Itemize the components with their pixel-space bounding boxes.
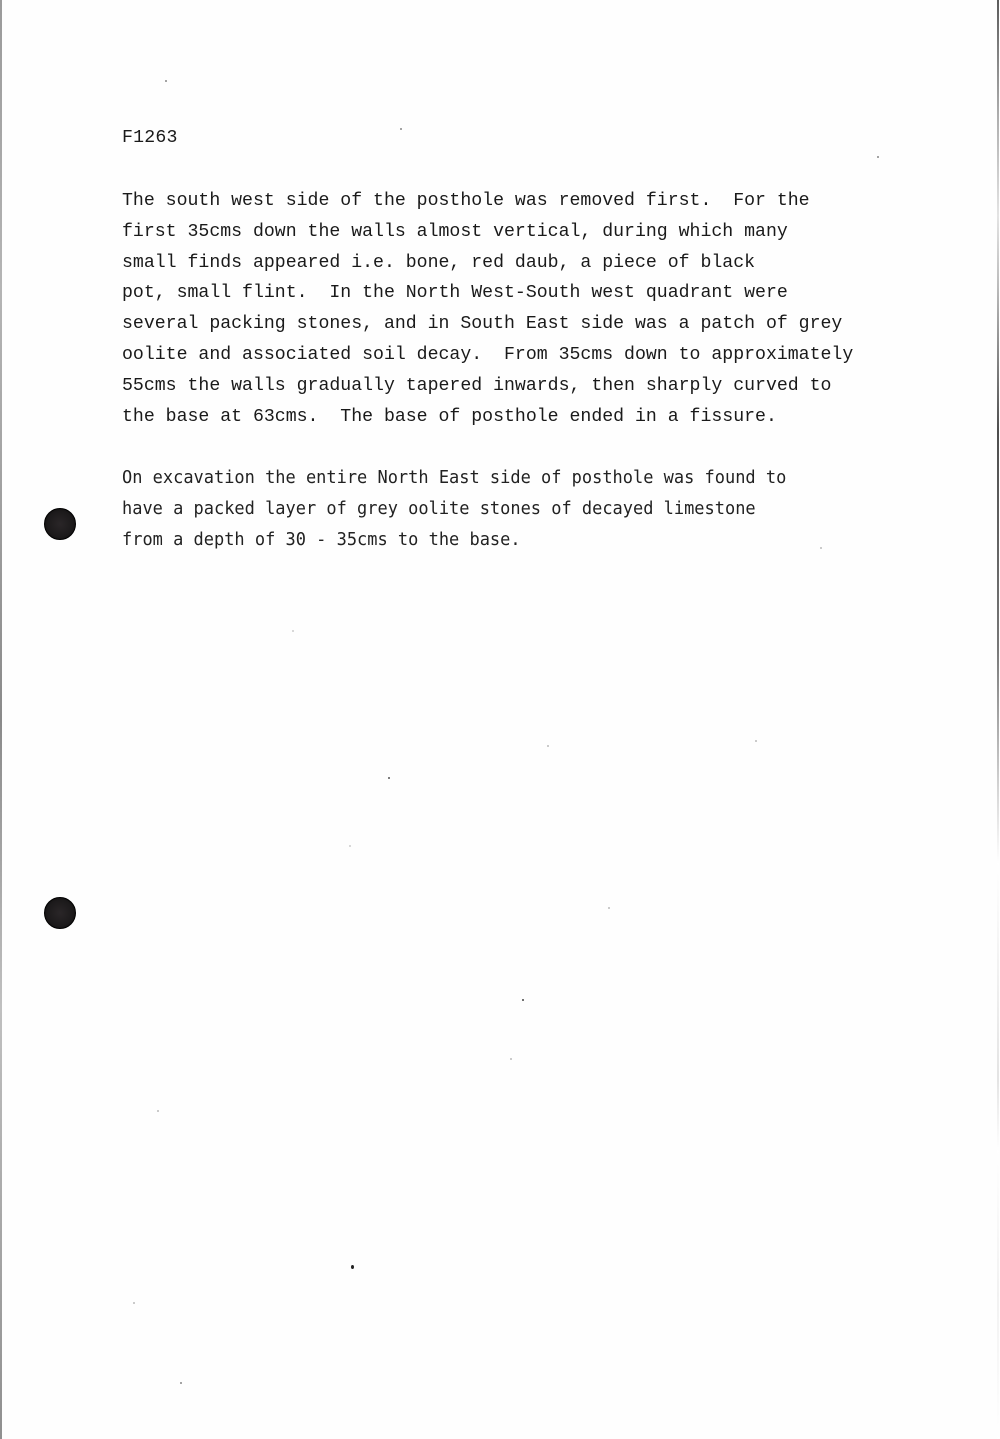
scan-speck — [351, 1265, 354, 1269]
page-right-edge — [997, 0, 999, 1439]
scan-speck — [522, 999, 524, 1001]
text-line: oolite and associated soil decay. From 3… — [122, 340, 853, 371]
punch-hole-bottom — [44, 897, 76, 929]
scan-speck — [292, 630, 294, 632]
text-line: small finds appeared i.e. bone, red daub… — [122, 248, 853, 279]
scan-speck — [877, 156, 879, 158]
scanned-page: F1263 The south west side of the posthol… — [0, 0, 1000, 1439]
scan-speck — [349, 845, 351, 847]
text-line: The south west side of the posthole was … — [122, 186, 853, 217]
text-line: pot, small flint. In the North West-Sout… — [122, 278, 853, 309]
text-line: have a packed layer of grey oolite stone… — [122, 494, 786, 525]
scan-speck — [157, 1110, 159, 1112]
text-line: first 35cms down the walls almost vertic… — [122, 217, 853, 248]
scan-speck — [608, 907, 610, 909]
page-left-edge — [0, 0, 2, 1439]
paragraph-excavation-description: The south west side of the posthole was … — [122, 186, 853, 432]
document-id: F1263 — [122, 128, 178, 148]
scan-speck — [820, 547, 822, 549]
scan-speck — [133, 1302, 135, 1304]
scan-speck — [547, 745, 549, 747]
scan-speck — [388, 777, 390, 779]
text-line: 55cms the walls gradually tapered inward… — [122, 371, 853, 402]
scan-speck — [755, 740, 757, 742]
text-line: from a depth of 30 - 35cms to the base. — [122, 525, 786, 556]
text-line: several packing stones, and in South Eas… — [122, 309, 853, 340]
text-line: On excavation the entire North East side… — [122, 463, 786, 494]
text-line: the base at 63cms. The base of posthole … — [122, 402, 853, 433]
scan-speck — [400, 128, 402, 130]
punch-hole-top — [44, 508, 76, 540]
scan-speck — [165, 80, 167, 82]
paragraph-excavation-note: On excavation the entire North East side… — [122, 463, 786, 555]
scan-speck — [180, 1382, 182, 1384]
scan-speck — [510, 1058, 512, 1060]
